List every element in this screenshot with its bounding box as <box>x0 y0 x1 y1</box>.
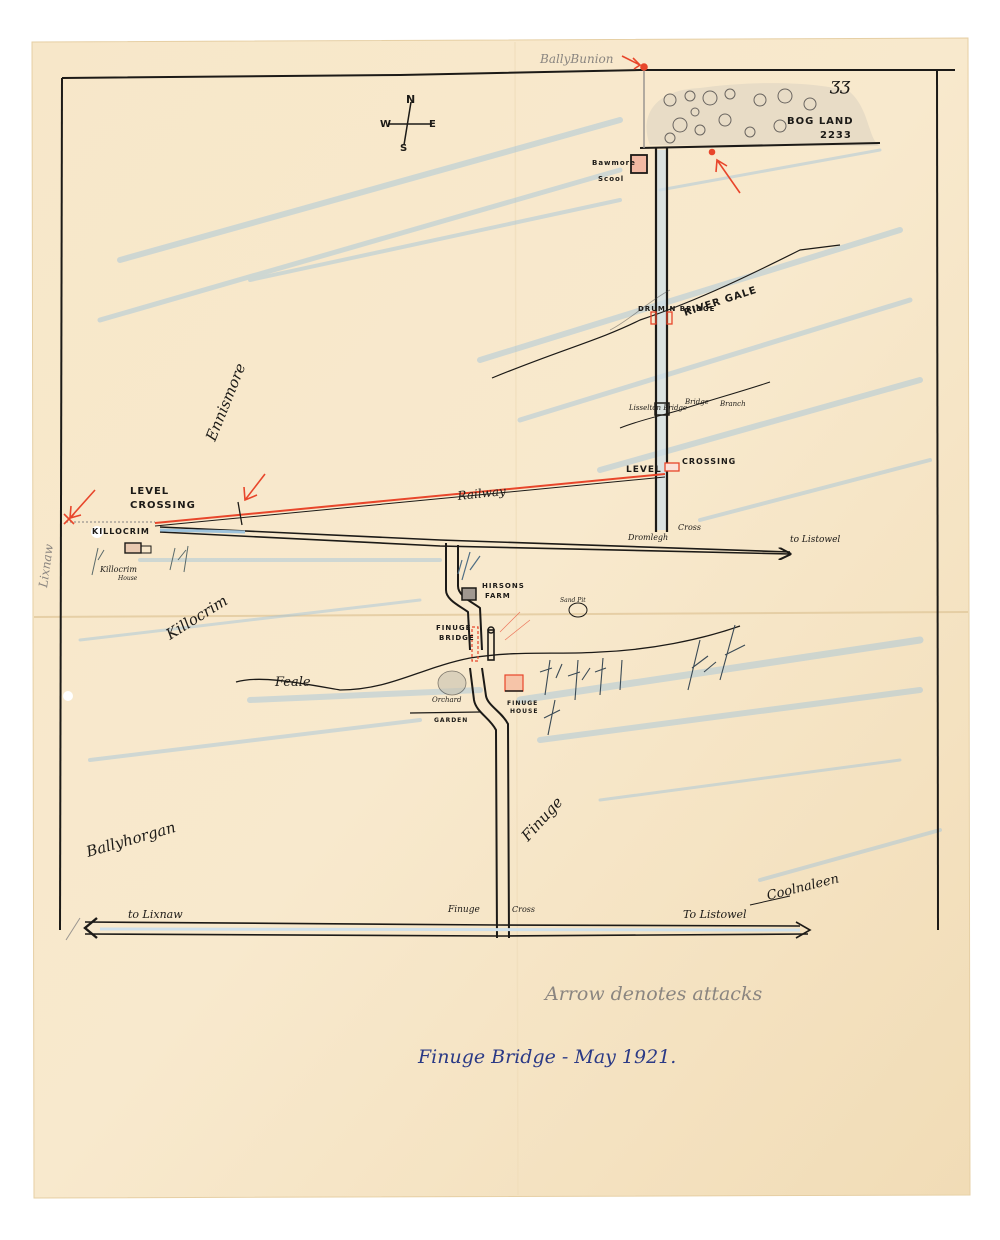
label-killocrim-station: KILLOCRIM <box>92 527 150 536</box>
label-to-listowel-bottom: To Listowel <box>683 908 747 921</box>
label-bogland-number: 2233 <box>820 130 852 141</box>
label-level-right: LEVEL <box>626 465 662 475</box>
label-feale: Feale <box>274 675 311 690</box>
label-dromlegh-cross: Cross <box>678 523 701 532</box>
label-sand-pit: Sand Pit <box>560 597 586 604</box>
label-crossing-left: CROSSING <box>130 500 196 511</box>
label-bridge-2: BRIDGE <box>439 634 475 642</box>
label-dromlegh: Dromlegh <box>627 533 668 542</box>
label-school: Scool <box>598 175 624 183</box>
compass-north: N <box>406 93 416 106</box>
label-to-listowel-top: to Listowel <box>790 535 840 545</box>
compass-west: W <box>380 119 392 130</box>
label-ballybunion: BallyBunion <box>539 52 614 66</box>
legend-note: Arrow denotes attacks <box>543 983 762 1005</box>
label-garden: GARDEN <box>434 717 468 724</box>
compass-east: E <box>429 119 437 130</box>
paper <box>32 38 970 1198</box>
bog-scribble: ʒʒ <box>829 74 851 95</box>
label-farm: FARM <box>485 592 511 600</box>
label-bawmore: Bawmore <box>592 159 636 167</box>
label-bridge: Bridge <box>684 398 709 406</box>
label-house-2: HOUSE <box>510 708 538 715</box>
label-hirsons: HIRSONS <box>482 582 525 590</box>
punch-hole <box>63 691 73 701</box>
label-house: House <box>117 575 138 582</box>
map-title: Finuge Bridge - May 1921. <box>417 1046 676 1068</box>
label-branch: Branch <box>719 400 746 408</box>
hirsons-farm-building <box>462 588 476 600</box>
label-orchard: Orchard <box>432 696 462 704</box>
label-finuge-bridge: FINUGE <box>436 624 471 632</box>
label-killocrim-house: Killocrim <box>99 565 137 574</box>
label-level-left: LEVEL <box>130 486 169 497</box>
label-cross: Cross <box>512 905 535 914</box>
level-crossing-right <box>665 463 679 471</box>
compass-south: S <box>400 143 408 154</box>
label-lisselton: Lisselton Bridge <box>628 404 687 412</box>
map-sheet: N S E W BallyBunion BOG LAND 2233 ʒʒ Baw… <box>0 0 1000 1240</box>
label-finuge-cross: Finuge <box>447 905 480 915</box>
label-bogland: BOG LAND <box>787 116 854 127</box>
label-finuge-house: FINUGE <box>507 700 538 707</box>
label-to-lixnaw: to Lixnaw <box>128 908 183 921</box>
label-crossing-right: CROSSING <box>682 457 736 466</box>
